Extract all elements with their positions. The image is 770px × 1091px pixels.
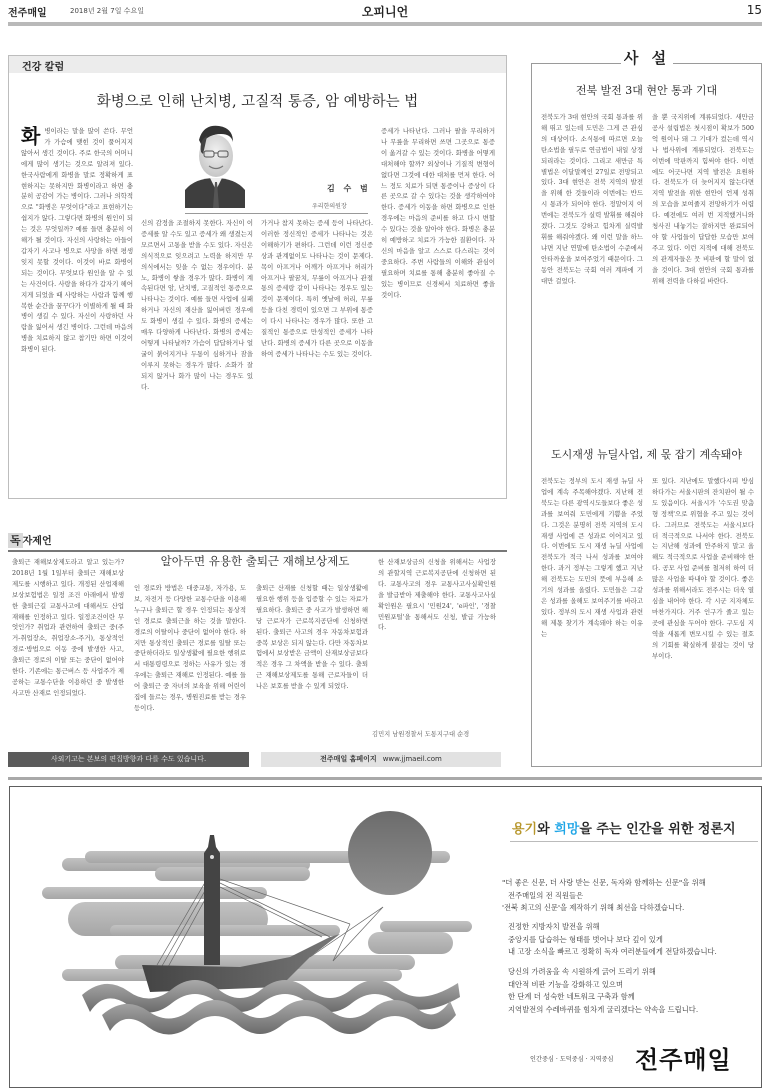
reader-body-column-1: 출퇴근 재해보상제도라고 알고 있는가? 2018년 1월 1일부터 출퇴근 재… xyxy=(12,557,124,744)
reader-byline: 김민지 남원경찰서 도통지구대 순경 xyxy=(372,729,469,738)
reader-body-column-2: 인 경로와 방법은 대중교통, 자가용, 도보, 자전거 등 다양한 교통수단을… xyxy=(134,583,246,744)
disclaimer-bar: 사외기고는 본보의 편집방향과 다를 수도 있습니다. xyxy=(8,752,249,767)
homepage-bar[interactable]: 전주매일 홈페이지www.jjmaeil.com xyxy=(261,752,501,767)
editorial-headline-2: 도시재생 뉴딜사업, 제 몫 잡기 계속돼야 xyxy=(532,446,761,462)
newspaper-logo: 전주매일 xyxy=(635,1040,732,1075)
article-body-column-2: 신의 감정을 조절하지 못한다. 자신이 이 증세를 알 수도 있고 증세가 왜… xyxy=(141,218,253,494)
column-tag: 건강 칼럼 xyxy=(9,56,506,73)
reader-column-tag: 독자제언 xyxy=(8,532,52,548)
article-body-column-4: 증세가 나타난다. 그러나 팔을 무리하거나 무릎을 무리하면 쓰면 그곳으로 … xyxy=(381,126,495,494)
page-number: 15 xyxy=(747,3,762,17)
author-role: 우리한의원장 xyxy=(312,201,347,210)
page-rule xyxy=(8,777,762,780)
editorial-headline-1: 전북 발전 3대 현안 통과 기대 xyxy=(532,82,761,98)
health-column: 건강 칼럼 화병으로 인해 난치병, 고질적 통증, 암 예방하는 법 화병이라… xyxy=(8,55,507,499)
pen-ship-illustration xyxy=(10,787,490,1087)
editorial-1-column-2: 을 뿐 국지위에 계류되었다. 새만금공사 설립법은 첫시점이 확보가 500억… xyxy=(652,112,754,458)
ad-paragraph-2: 진정한 지방자치 발전을 위해 중앙지를 답습하는 형태를 벗어나 보다 깊이 … xyxy=(502,921,717,959)
article-headline: 화병으로 인해 난치병, 고질적 통증, 암 예방하는 법 xyxy=(9,90,506,111)
ad-headline-rule xyxy=(510,841,758,842)
homepage-link[interactable]: www.jjmaeil.com xyxy=(383,755,442,763)
editorial-2-column-2: 또 있다. 지난에도 말했다시피 방심하다가는 서울시판의 잔치판이 될 수도 … xyxy=(652,476,754,738)
ad-paragraph-1: "더 좋은 신문, 더 사랑 받는 신문, 독자와 함께하는 신문"을 위해 전… xyxy=(502,877,706,915)
reader-body-column-4: 한 산재보상금의 신청을 위해서는 사업장의 관할지역 근로복지공단에 신청하면… xyxy=(378,557,496,727)
drop-cap: 화 xyxy=(21,126,40,146)
reader-column-rule xyxy=(8,550,507,552)
ad-paragraph-3: 당신의 가려움을 속 시원하게 긁어 드리기 위해 대안적 비판 기능을 강화하… xyxy=(502,966,698,1016)
author-name: 김 수 범 xyxy=(327,183,371,194)
editorial-box: 전북 발전 3대 현안 통과 기대 전북도가 3대 현안의 국회 통과를 위해 … xyxy=(531,63,762,767)
reader-article-headline: 알아두면 유용한 출퇴근 재해보상제도 xyxy=(130,553,380,569)
article-body-column-1: 화병이라는 말을 많이 쓴다. 무언가 가슴에 맺힌 것이 풀어지지 않아서 생… xyxy=(21,126,133,494)
author-portrait xyxy=(185,120,245,208)
author-rule xyxy=(185,213,368,214)
ad-headline: 용기와 희망을 주는 인간을 위한 정론지 xyxy=(512,818,736,837)
masthead: 전주매일 2018년 2월 7일 수요일 오피니언 15 xyxy=(8,2,762,24)
section-title: 오피니언 xyxy=(8,3,762,20)
article-body-column-3: 가거나 참지 못하는 증세 등이 나타난다. 이러한 정신적인 증세가 나타나는… xyxy=(261,218,373,494)
masthead-rule xyxy=(8,22,762,26)
reader-body-column-3: 출퇴근 산재를 신청할 때는 일상생활에 필요한 행위 등을 입증할 수 있는 … xyxy=(256,583,368,744)
ad-slogan: 인간중심 · 도덕중심 · 지역중심 xyxy=(530,1054,614,1063)
editorial-label: 사 설 xyxy=(621,47,673,68)
editorial-2-column-1: 전북도는 정부의 도시 재생 뉴딜 사업에 계속 주목해야겠다. 지난해 전북도… xyxy=(541,476,643,738)
editorial-1-column-1: 전북도가 3대 현안의 국회 통과를 위해 뛰고 있는데 도민은 그게 큰 관심… xyxy=(541,112,643,458)
